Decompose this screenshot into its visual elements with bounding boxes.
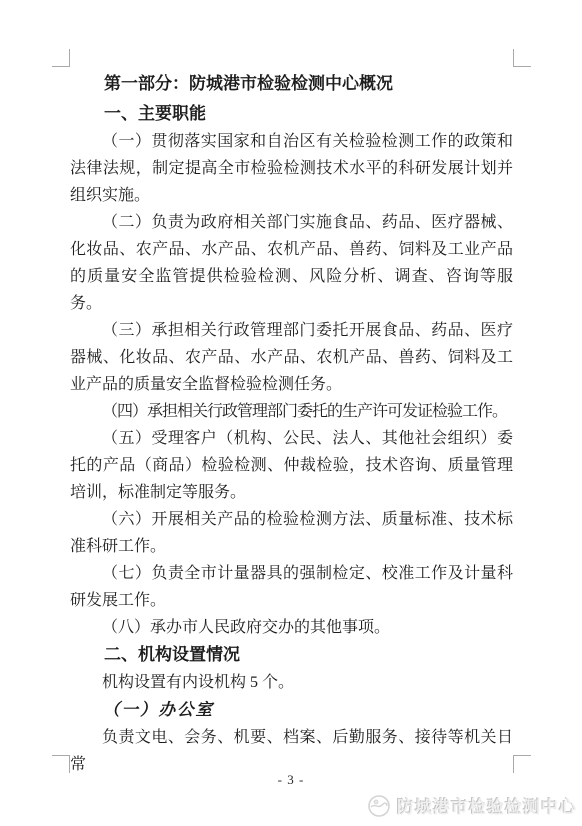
doc-title: 第一部分：防城港市检验检测中心概况	[70, 70, 513, 98]
function-item-3: （三）承担相关行政管理部门委托开展食品、药品、医疗器械、化妆品、农产品、水产品、…	[70, 317, 513, 398]
org-intro-text: 机构设置有内设机构 5 个。	[70, 669, 513, 696]
section-heading-main-functions: 一、主要职能	[70, 100, 513, 128]
center-logo-icon	[367, 794, 391, 818]
watermark: 防城港市检验检测中心	[367, 793, 577, 818]
section-heading-org-setup: 二、机构设置情况	[70, 641, 513, 669]
watermark-label: 防城港市检验检测中心	[397, 793, 577, 818]
margin-mark-top-right	[513, 49, 531, 67]
function-item-4: （四）承担相关行政管理部门委托的生产许可发证检验工作。	[70, 398, 513, 425]
margin-mark-top-left	[52, 49, 70, 67]
margin-mark-bottom-left	[52, 755, 70, 773]
function-item-8: （八）承办市人民政府交办的其他事项。	[70, 614, 513, 641]
subsection-heading-office: （一）办公室	[70, 696, 513, 724]
office-duties-text: 负责文电、会务、机要、档案、后勤服务、接待等机关日常	[70, 724, 513, 778]
margin-mark-bottom-right	[513, 755, 531, 773]
document-page: 第一部分：防城港市检验检测中心概况 一、主要职能 （一）贯彻落实国家和自治区有关…	[0, 0, 582, 826]
function-item-7: （七）负责全市计量器具的强制检定、校准工作及计量科研发展工作。	[70, 560, 513, 614]
function-item-2: （二）负责为政府相关部门实施食品、药品、医疗器械、化妆品、农产品、水产品、农机产…	[70, 209, 513, 317]
page-number: - 3 -	[0, 772, 582, 788]
function-item-6: （六）开展相关产品的检验检测方法、质量标准、技术标准科研工作。	[70, 506, 513, 560]
function-item-1: （一）贯彻落实国家和自治区有关检验检测工作的政策和法律法规，制定提高全市检验检测…	[70, 128, 513, 209]
function-item-5: （五）受理客户（机构、公民、法人、其他社会组织）委托的产品（商品）检验检测、仲裁…	[70, 425, 513, 506]
document-body: 第一部分：防城港市检验检测中心概况 一、主要职能 （一）贯彻落实国家和自治区有关…	[70, 70, 513, 778]
